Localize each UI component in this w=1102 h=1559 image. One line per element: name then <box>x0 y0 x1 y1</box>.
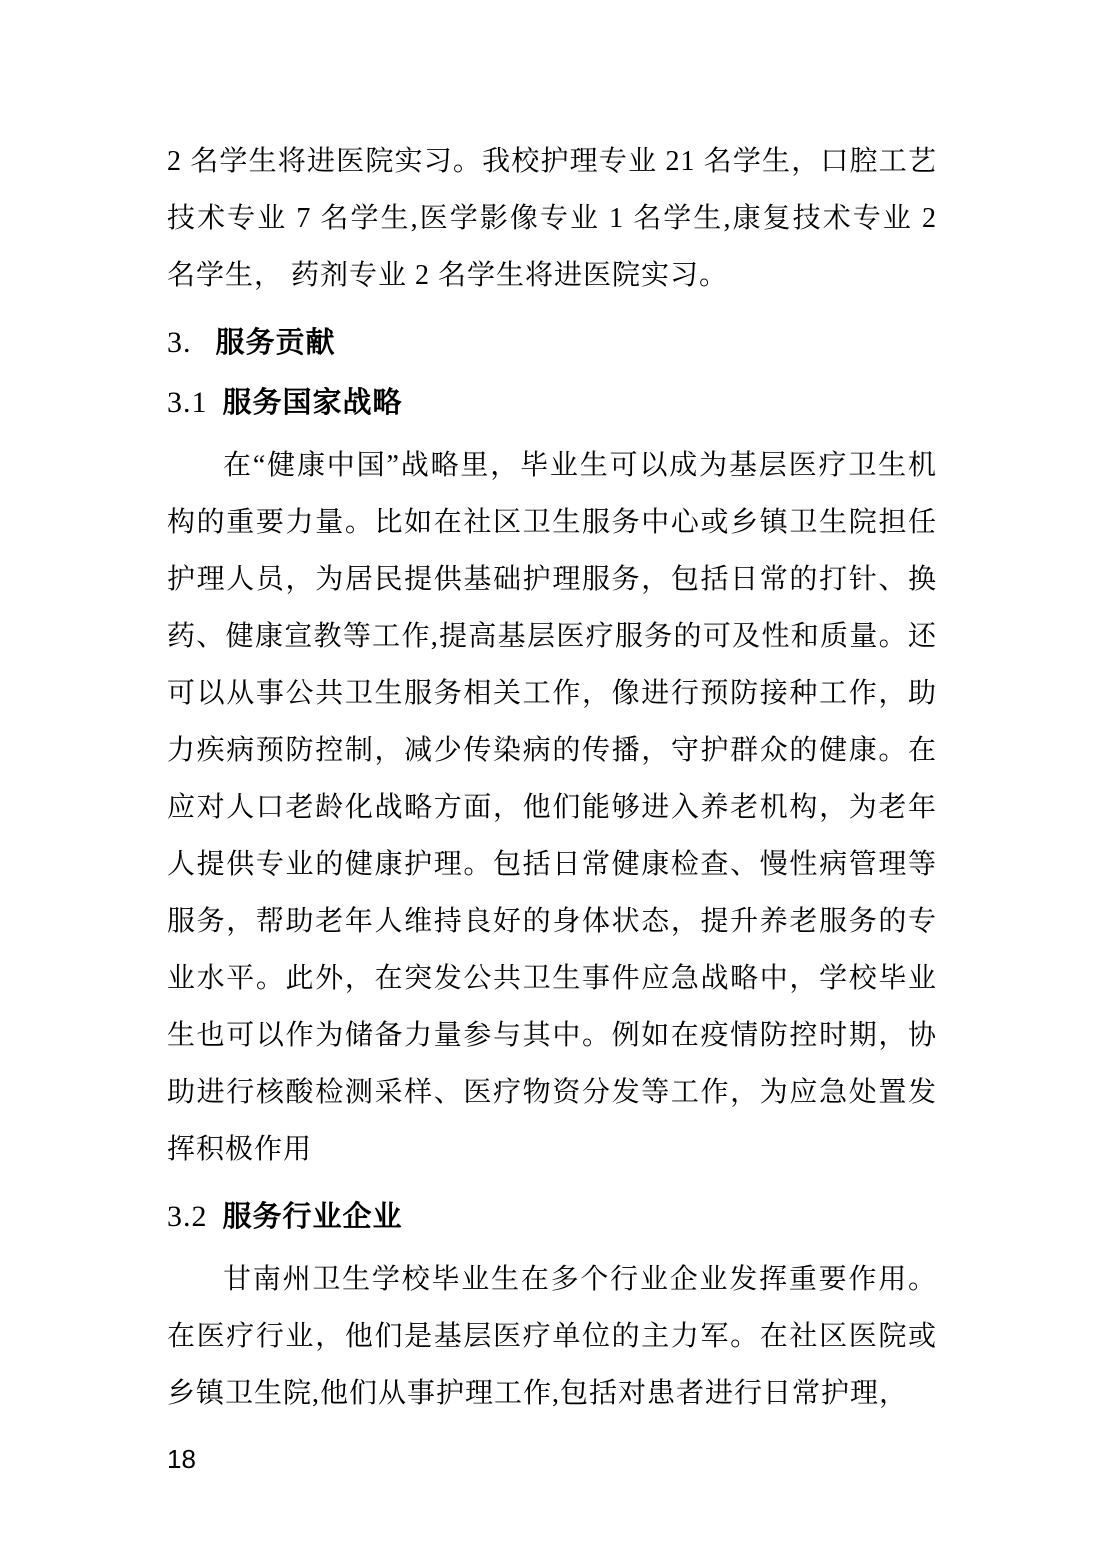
heading-section-3-2-number: 3.2 <box>167 1200 208 1233</box>
heading-section-3-2-title: 服务行业企业 <box>223 1201 403 1233</box>
paragraph-national-strategy: 在“健康中国”战略里，毕业生可以成为基层医疗卫生机构的重要力量。比如在社区卫生服… <box>167 437 937 1178</box>
heading-section-3-2: 3.2服务行业企业 <box>167 1188 937 1246</box>
heading-section-3-1-title: 服务国家战略 <box>223 387 403 419</box>
heading-section-3-title: 服务贡献 <box>216 327 336 359</box>
paragraph-internship-continuation: 2 名学生将进医院实习。我校护理专业 21 名学生，口腔工艺技术专业 7 名学生… <box>167 133 937 304</box>
document-content: 2 名学生将进医院实习。我校护理专业 21 名学生，口腔工艺技术专业 7 名学生… <box>167 133 937 1422</box>
page-number: 18 <box>167 1444 196 1475</box>
heading-section-3: 3.服务贡献 <box>167 314 937 372</box>
paragraph-industry-enterprise: 甘南州卫生学校毕业生在多个行业企业发挥重要作用。在医疗行业，他们是基层医疗单位的… <box>167 1251 937 1422</box>
heading-section-3-1-number: 3.1 <box>167 386 208 419</box>
heading-section-3-number: 3. <box>167 326 192 359</box>
document-page: 2 名学生将进医院实习。我校护理专业 21 名学生，口腔工艺技术专业 7 名学生… <box>0 0 1102 1559</box>
heading-section-3-1: 3.1服务国家战略 <box>167 374 937 432</box>
